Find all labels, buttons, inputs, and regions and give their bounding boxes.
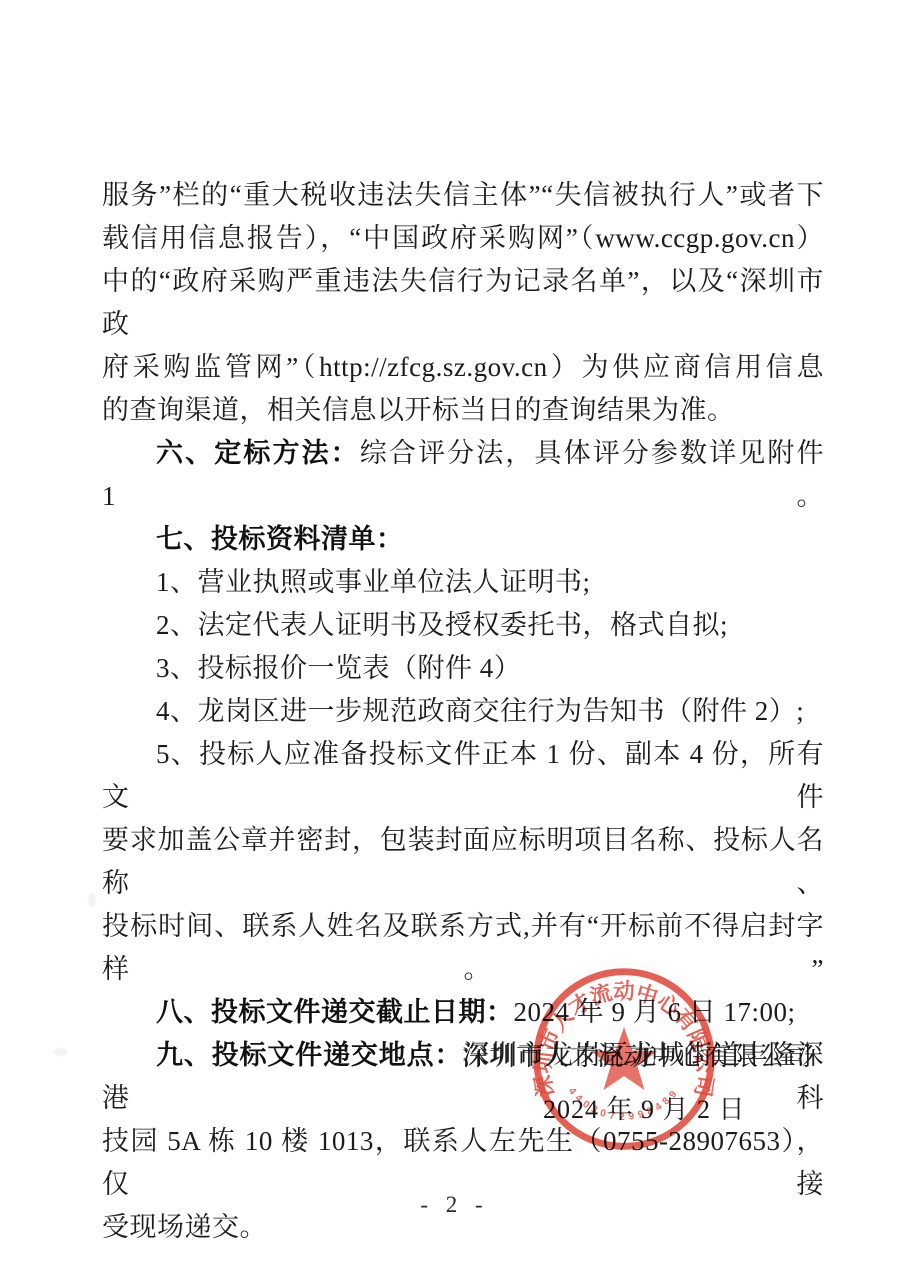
star-icon <box>591 1027 657 1090</box>
checklist-item-5-line: 要求加盖公章并密封，包装封面应标明项目名称、投标人名称、 <box>102 819 824 905</box>
section-8-heading: 八、投标文件递交截止日期： <box>156 997 514 1027</box>
paragraph-line: 的查询渠道，相关信息以开标当日的查询结果为准。 <box>102 389 824 432</box>
seal-serial-number: 4403072998489 <box>566 1086 682 1123</box>
scan-artifact <box>54 1048 68 1056</box>
section-6-heading: 六、定标方法： <box>156 438 360 468</box>
section-7-line: 七、投标资料清单： <box>102 518 824 561</box>
page-number: - 2 - <box>0 1192 909 1218</box>
paragraph-line: 服务”栏的“重大税收违法失信主体”“失信被执行人”或者下 <box>102 174 824 217</box>
checklist-item-5-line: 5、投标人应准备投标文件正本 1 份、副本 4 份，所有文件 <box>102 733 824 819</box>
scan-artifact <box>88 893 96 907</box>
company-seal: 深圳市人才流动中心有限公司 4403072998489 <box>527 962 721 1156</box>
checklist-item: 2、法定代表人证明书及授权委托书，格式自拟; <box>102 604 824 647</box>
paragraph-line: 载信用信息报告），“中国政府采购网”（www.ccgp.gov.cn） <box>102 217 824 260</box>
paragraph-line: 中的“政府采购严重违法失信行为记录名单”，以及“深圳市政 <box>102 260 824 346</box>
section-6-line: 六、定标方法：综合评分法，具体评分参数详见附件 1。 <box>102 432 824 518</box>
scanned-document-page: 服务”栏的“重大税收违法失信主体”“失信被执行人”或者下 载信用信息报告），“中… <box>0 0 909 1281</box>
paragraph-line: 府采购监管网”（http://zfcg.sz.gov.cn）为供应商信用信息 <box>102 346 824 389</box>
section-9-heading: 九、投标文件递交地点： <box>156 1040 462 1070</box>
checklist-item: 3、投标报价一览表（附件 4） <box>102 647 824 690</box>
checklist-item: 4、龙岗区进一步规范政商交往行为告知书（附件 2）; <box>102 690 824 733</box>
checklist-item: 1、营业执照或事业单位法人证明书; <box>102 561 824 604</box>
section-7-heading: 七、投标资料清单： <box>156 524 404 554</box>
